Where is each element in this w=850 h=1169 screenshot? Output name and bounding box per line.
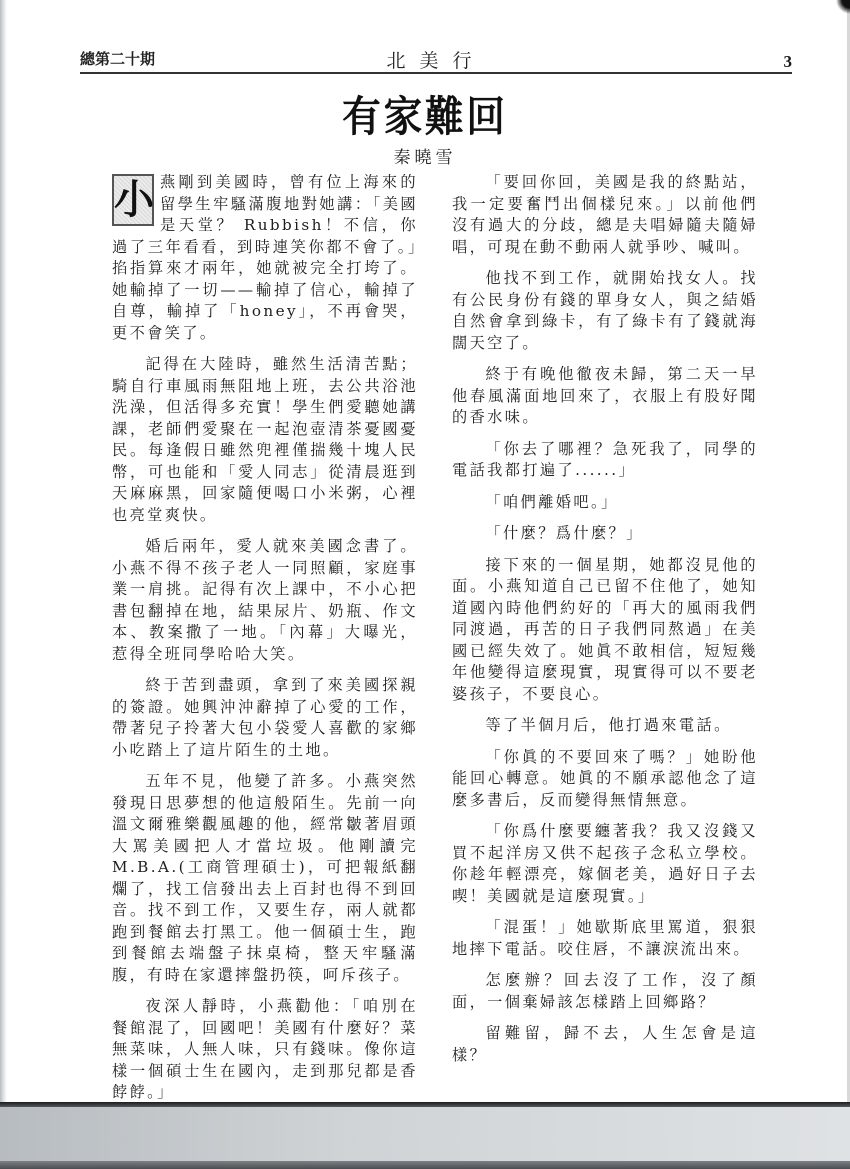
left-column: 小燕剛到美國時，曾有位上海來的留學生牢騷滿腹地對她講：「美國是天堂？ Rubbi… [112, 172, 418, 1114]
paragraph: 終于苦到盡頭，拿到了來美國探親的簽證。她興沖沖辭掉了心愛的工作，帶著兒子拎著大包… [112, 675, 418, 761]
running-header: 總第二十期 北美行 3 [80, 46, 792, 74]
paragraph: 「混蛋！」她歇斯底里罵道，狠狠地摔下電話。咬住唇，不讓淚流出來。 [452, 917, 758, 960]
magazine-name: 北美行 [80, 46, 792, 73]
paragraph: 五年不見，他變了許多。小燕突然發現日思夢想的他這般陌生。先前一向溫文爾雅樂觀風趣… [112, 771, 418, 986]
right-column: 「要回你回，美國是我的終點站，我一定要奮鬥出個樣兒來。」以前他們沒有過大的分歧，… [452, 172, 758, 1076]
paragraph: 記得在大陸時，雖然生活清苦點；騎自行車風雨無阻地上班，去公共浴池洗澡，但活得多充… [112, 354, 418, 526]
paragraph: 留難留，歸不去，人生怎會是這樣？ [452, 1023, 758, 1066]
paragraph: 終于有晚他徹夜未歸，第二天一早他春風滿面地回來了，衣服上有股好聞的香水味。 [452, 364, 758, 429]
paragraph: 「咱們離婚吧。」 [452, 492, 758, 514]
paragraph-text: 燕剛到美國時，曾有位上海來的留學生牢騷滿腹地對她講：「美國是天堂？ Rubbis… [112, 173, 418, 342]
paragraph: 接下來的一個星期，她都沒見他的面。小燕知道自己已留不住他了，她知道國內時他們約好… [452, 555, 758, 706]
paragraph: 「你去了哪裡？急死我了，同學的電話我都打遍了......」 [452, 439, 758, 482]
paragraph: 怎麼辦？回去沒了工作，沒了顏面，一個棄婦該怎樣踏上回鄉路？ [452, 970, 758, 1013]
page-number: 3 [784, 52, 793, 72]
drop-cap: 小 [112, 174, 154, 226]
paragraph: 等了半個月后，他打過來電話。 [452, 715, 758, 737]
paragraph: 「要回你回，美國是我的終點站，我一定要奮鬥出個樣兒來。」以前他們沒有過大的分歧，… [452, 172, 758, 258]
paragraph: 「什麼？爲什麼？」 [452, 523, 758, 545]
paragraph: 婚后兩年，愛人就來美國念書了。小燕不得不孩子老人一同照顧，家庭事業一肩挑。記得有… [112, 536, 418, 665]
article-title: 有家難回 [34, 84, 816, 144]
paragraph: 「你爲什麼要纏著我？我又沒錢又買不起洋房又供不起孩子念私立學校。你趁年輕漂亮，嫁… [452, 821, 758, 907]
scan-corner-shadow [834, 0, 850, 16]
article-author: 秦曉雪 [0, 143, 850, 168]
paragraph: 小燕剛到美國時，曾有位上海來的留學生牢騷滿腹地對她講：「美國是天堂？ Rubbi… [112, 172, 418, 344]
paragraph: 他找不到工作，就開始找女人。找有公民身份有錢的單身女人，與之結婚自然會拿到綠卡，… [452, 268, 758, 354]
paragraph: 「你眞的不要回來了嗎？」她盼他能回心轉意。她眞的不願承認他念了這麼多書后，反而變… [452, 747, 758, 812]
paragraph: 夜深人靜時，小燕勸他：「咱別在餐館混了，回國吧！美國有什麼好？菜無菜味，人無人味… [112, 996, 418, 1104]
